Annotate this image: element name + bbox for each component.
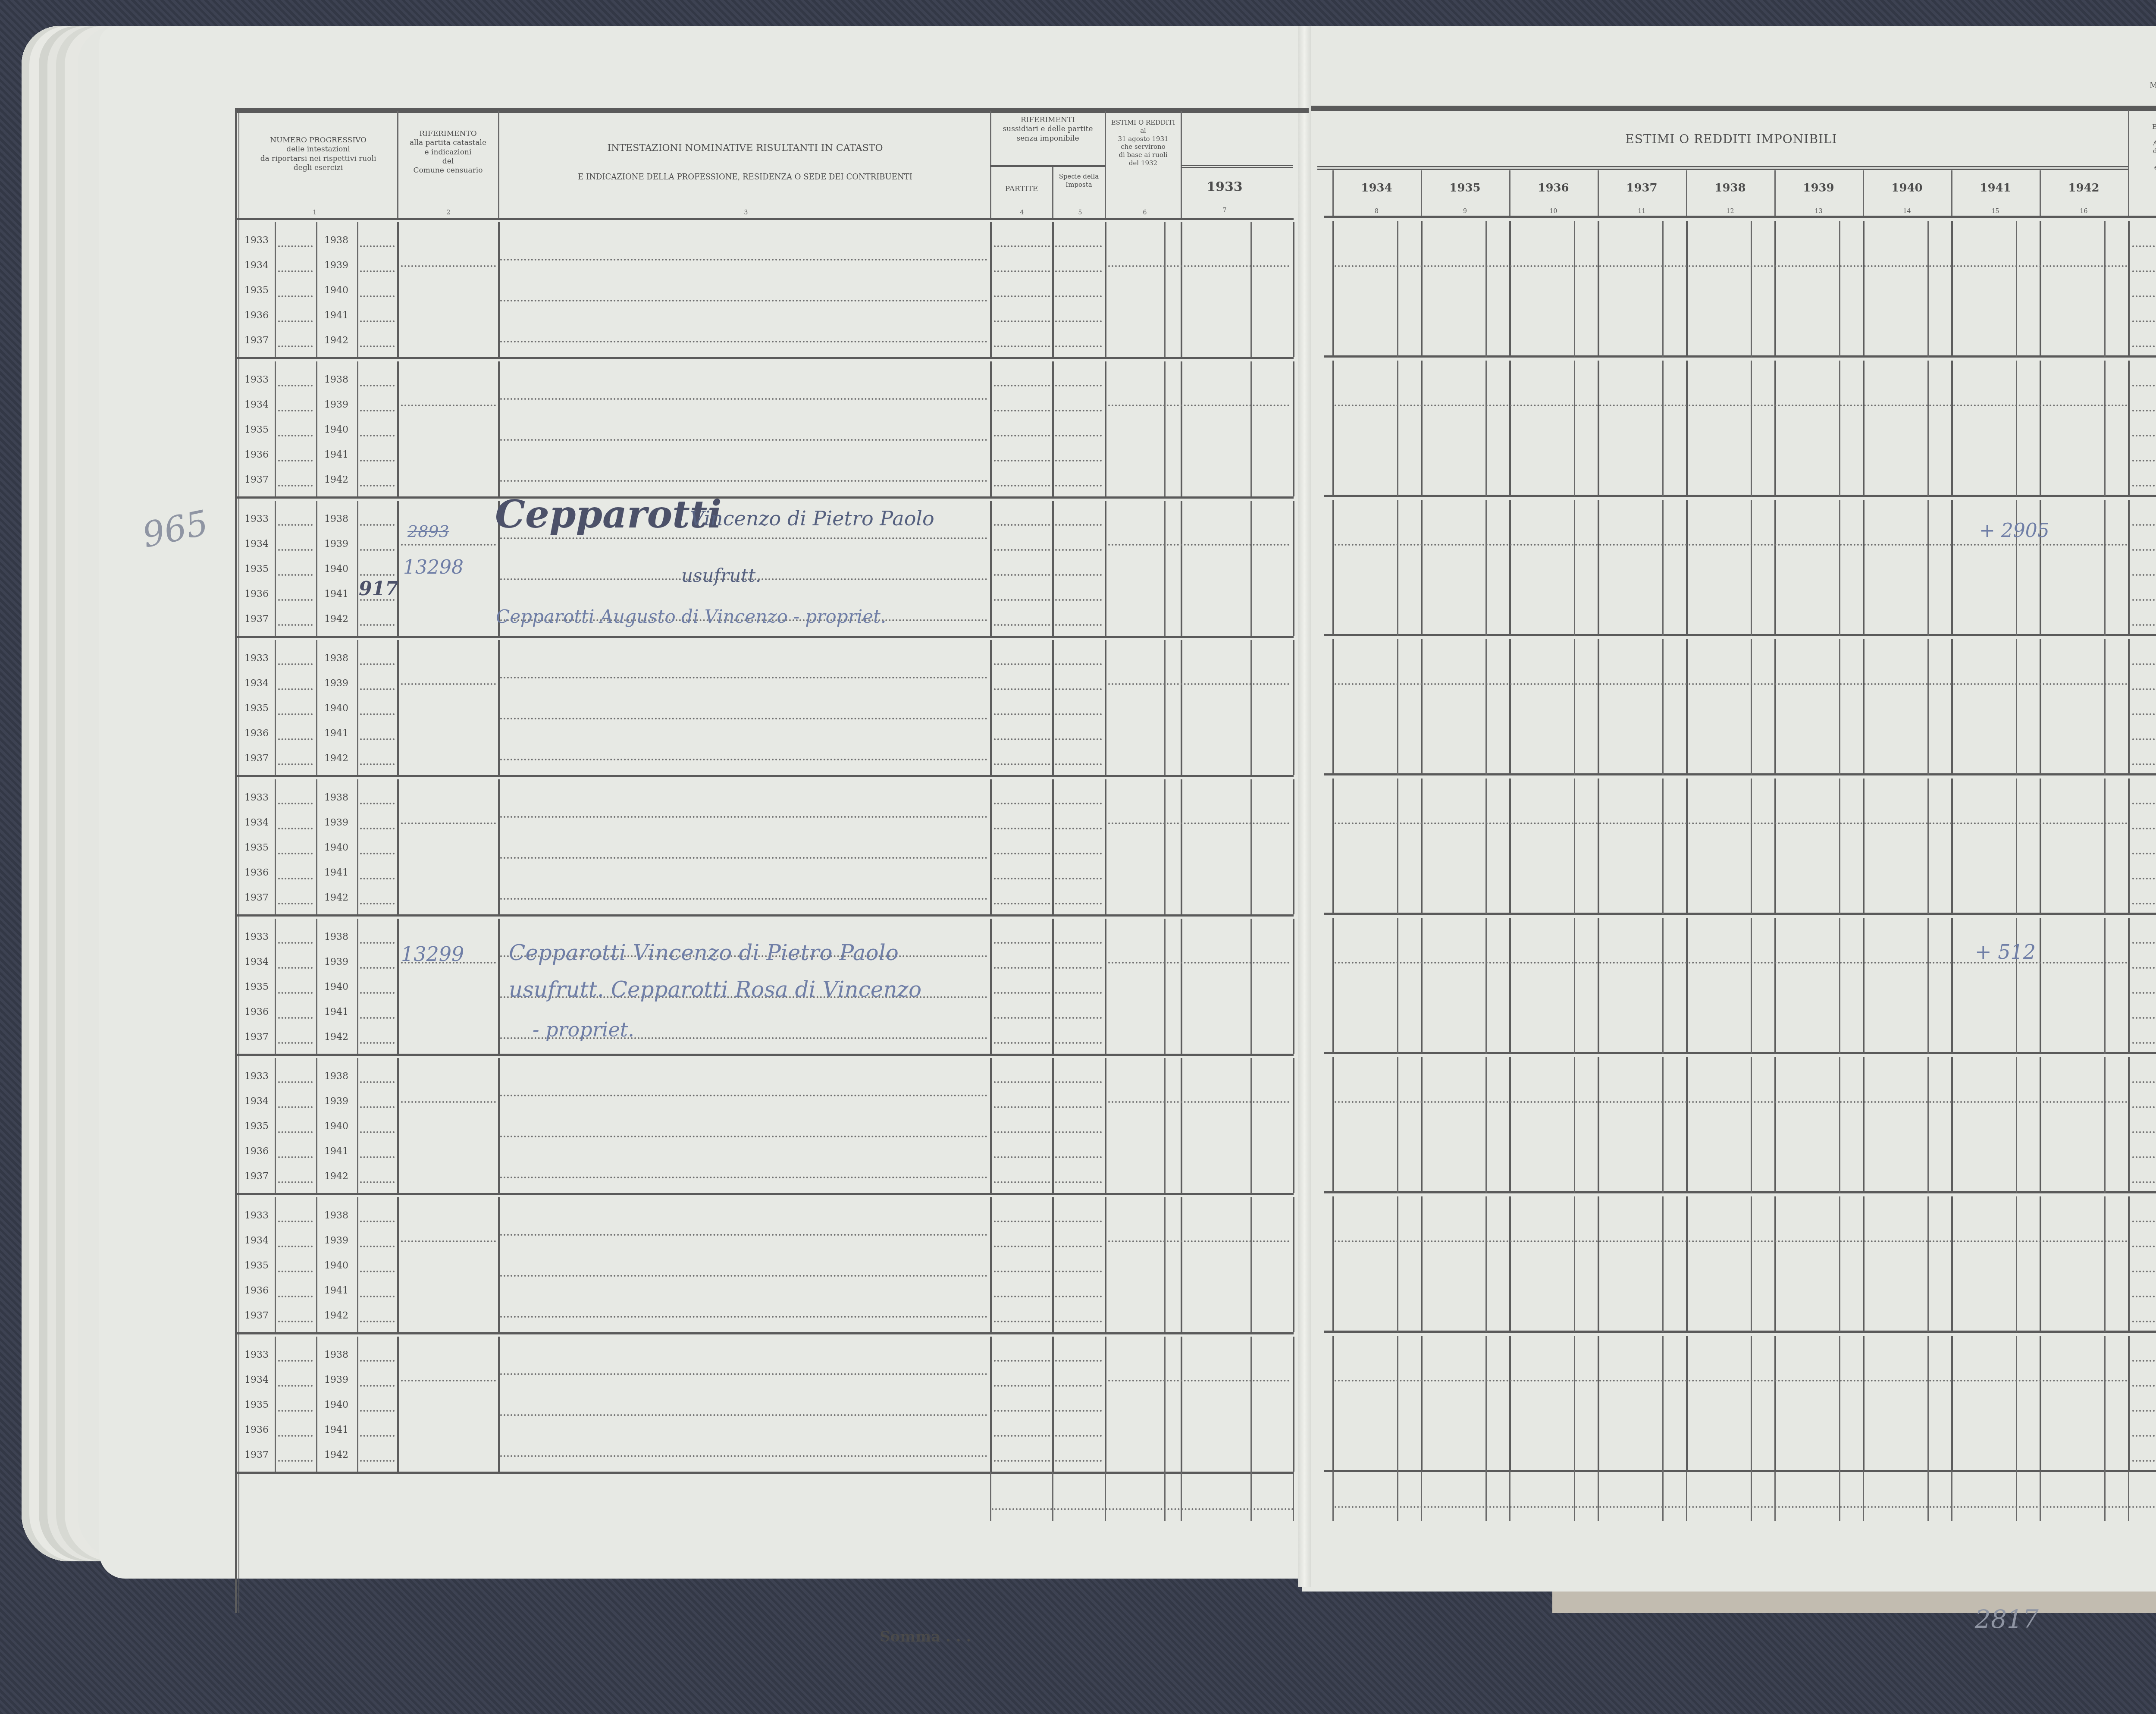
column-rule: [1052, 640, 1054, 775]
column-rule: [1774, 1196, 1776, 1332]
column-subrule: [1662, 361, 1664, 496]
year-label-left: 1936: [239, 728, 274, 739]
column-rule: [2128, 221, 2130, 357]
column-rule: [1598, 779, 1599, 914]
column-rule: [1951, 918, 1953, 1054]
year-label-left: 1934: [239, 1375, 274, 1385]
dotted-line: [360, 1435, 395, 1437]
col2-line: Comune censuario: [399, 166, 497, 175]
dotted-line: [1055, 524, 1102, 526]
column-rule: [397, 779, 399, 914]
dotted-line: [2132, 942, 2156, 944]
dotted-line: [1055, 803, 1102, 804]
column-subrule: [2104, 500, 2106, 636]
dotted-line: [500, 816, 987, 818]
column-rule: [990, 1058, 992, 1193]
column-rule: [1509, 1057, 1511, 1193]
dotted-line: [2132, 1181, 2156, 1183]
column-rule: [1293, 1337, 1294, 1472]
column-rule: [2128, 361, 2130, 496]
column-subrule: [1927, 639, 1929, 775]
column-rule: [1332, 918, 1334, 1054]
col17-dash: —: [2130, 131, 2156, 139]
column-rule: [498, 1197, 500, 1332]
column-rule: [1863, 1196, 1865, 1332]
col1-header: NUMERO PROGRESSIVO delle intestazioni da…: [239, 136, 397, 173]
column-rule: [1332, 1057, 1334, 1193]
year-label-right: 1938: [319, 1350, 354, 1360]
column-rule: [1927, 1472, 1929, 1521]
block-rule: [235, 775, 1294, 777]
dotted-line: [360, 485, 395, 487]
column-rule: [1250, 1197, 1252, 1332]
dotted-line: [994, 688, 1050, 690]
year-label-left: 1934: [239, 260, 274, 271]
column-rule: [275, 640, 276, 775]
column-subrule: [1574, 221, 1575, 357]
dotted-line: [994, 460, 1050, 461]
dotted-line: [360, 385, 395, 386]
dotted-line: [278, 295, 313, 297]
col17-line: e scadenze: [2130, 163, 2156, 172]
dotted-line: [1108, 962, 1289, 964]
year-label-left: 1936: [239, 449, 274, 460]
column-rule: [357, 919, 358, 1054]
column-subrule: [2016, 779, 2017, 914]
dotted-line: [994, 663, 1050, 665]
column-rule: [1181, 501, 1182, 636]
dotted-line: [1108, 544, 1289, 546]
column-rule: [316, 919, 317, 1054]
dotted-line: [500, 1455, 987, 1457]
dotted-line: [1055, 1385, 1102, 1387]
column-rule: [1951, 779, 1953, 914]
dotted-line: [2132, 524, 2156, 526]
column-rule: [1686, 918, 1688, 1054]
dotted-line: [994, 410, 1050, 411]
dotted-line: [2132, 1106, 2156, 1108]
entry-6-partita: 13299: [401, 942, 464, 966]
dotted-line: [2132, 345, 2156, 347]
column-subrule: [2016, 1057, 2017, 1193]
year-label-right: 1941: [319, 1007, 354, 1017]
dotted-line: [1055, 713, 1102, 715]
col-number: 11: [1636, 208, 1647, 215]
column-rule: [275, 779, 276, 914]
column-rule: [1181, 1472, 1182, 1521]
year-header: 1942: [2040, 181, 2128, 195]
year-label-right: 1939: [319, 957, 354, 967]
column-rule: [1686, 1472, 1687, 1521]
column-subrule: [1397, 779, 1398, 914]
dotted-line: [1055, 828, 1102, 829]
year-label-right: 1939: [319, 539, 354, 549]
column-subrule: [1662, 1057, 1664, 1193]
year-label-right: 1941: [319, 1146, 354, 1157]
dotted-line: [1055, 1321, 1102, 1322]
column-rule: [1951, 221, 1953, 357]
year-label-right: 1939: [319, 1375, 354, 1385]
column-rule: [990, 779, 992, 914]
dotted-line: [1055, 878, 1102, 879]
dotted-line: [994, 713, 1050, 715]
year-label-left: 1933: [239, 1350, 274, 1360]
column-subrule: [2016, 221, 2017, 357]
column-rule: [1332, 361, 1334, 496]
dotted-line: [994, 270, 1050, 272]
entry-3-given-name: Vincenzo di Pietro Paolo: [690, 507, 934, 530]
dotted-line: [2132, 663, 2156, 665]
year-label-left: 1933: [239, 1210, 274, 1221]
column-rule: [357, 361, 358, 496]
dotted-line: [278, 828, 313, 829]
dotted-line: [994, 967, 1050, 969]
dotted-line: [2132, 1321, 2156, 1322]
dotted-line: [500, 1373, 987, 1375]
block-rule: [235, 914, 1294, 917]
year-label-right: 1940: [319, 1400, 354, 1410]
dotted-line: [2132, 853, 2156, 854]
col6-line: di base ai ruoli: [1106, 151, 1181, 159]
dotted-line: [500, 718, 987, 719]
year-label-right: 1940: [319, 424, 354, 435]
col2-line: alla partita catastale: [399, 138, 497, 148]
block-rule: [1324, 773, 2156, 775]
year-label-right: 1942: [319, 1310, 354, 1321]
column-rule: [1181, 640, 1182, 775]
column-subrule: [1397, 639, 1398, 775]
col-number: 3: [742, 209, 750, 216]
dotted-line: [992, 1508, 1294, 1510]
dotted-line: [500, 1414, 987, 1416]
column-rule: [1105, 919, 1106, 1054]
column-rule: [1863, 361, 1865, 496]
dotted-line: [360, 1296, 395, 1297]
column-rule: [1052, 919, 1054, 1054]
year-label-right: 1938: [319, 514, 354, 524]
column-rule: [397, 501, 399, 636]
dotted-line: [360, 1321, 395, 1322]
dotted-line: [278, 1460, 313, 1462]
column-rule: [1293, 222, 1294, 357]
column-subrule: [1485, 1196, 1487, 1332]
col-number: 7: [1220, 207, 1229, 214]
column-subrule: [1927, 1196, 1929, 1332]
block-rule: [235, 1472, 1294, 1474]
column-rule: [1509, 639, 1511, 775]
dotted-line: [1055, 410, 1102, 411]
dotted-line: [994, 992, 1050, 994]
dotted-line: [994, 385, 1050, 386]
column-rule: [1293, 1197, 1294, 1332]
column-rule: [1951, 1336, 1953, 1472]
dotted-line: [2132, 1042, 2156, 1044]
year-label-left: 1935: [239, 842, 274, 853]
entry-6-amount-1941: + 512: [1975, 940, 2036, 964]
column-rule: [2128, 500, 2130, 636]
dotted-line: [278, 663, 313, 665]
dotted-line: [278, 1360, 313, 1362]
column-rule: [1250, 919, 1252, 1054]
dotted-line: [360, 1131, 395, 1133]
column-rule: [357, 501, 358, 636]
column-rule: [275, 501, 276, 636]
column-subrule: [1485, 779, 1487, 914]
top-rule: [1311, 106, 2156, 108]
dotted-line: [278, 967, 313, 969]
column-rule: [1181, 919, 1182, 1054]
dotted-line: [360, 1081, 395, 1083]
entry-3-partita-struck: 2893: [407, 522, 449, 541]
dotted-line: [500, 341, 987, 342]
column-rule: [1250, 779, 1252, 914]
year-header: 1941: [1951, 181, 2040, 195]
year-label-right: 1940: [319, 564, 354, 574]
estimi-group-title: ESTIMI O REDDITI IMPONIBILI: [1332, 132, 2130, 147]
dotted-line: [278, 574, 313, 576]
column-subrule: [1839, 221, 1840, 357]
dotted-line: [994, 1460, 1050, 1462]
dotted-line: [994, 1410, 1050, 1412]
year-label-right: 1941: [319, 728, 354, 739]
dotted-line: [1055, 1017, 1102, 1019]
dotted-line: [278, 320, 313, 322]
column-rule: [316, 361, 317, 496]
year-label-left: 1934: [239, 817, 274, 828]
year-label-right: 1941: [319, 1425, 354, 1435]
column-subrule: [1751, 639, 1752, 775]
dotted-line: [500, 1234, 987, 1236]
column-rule: [316, 501, 317, 636]
column-rule: [1052, 1472, 1053, 1521]
col17-header: ESENZIONI — Ammontare degli estimi o red…: [2130, 123, 2156, 172]
dotted-line: [994, 549, 1050, 551]
col45-line: sussidiari e delle partite: [991, 125, 1105, 134]
column-subrule: [2016, 918, 2017, 1054]
column-subrule: [1839, 361, 1840, 496]
year-label-left: 1937: [239, 1310, 274, 1321]
column-subrule: [1397, 1196, 1398, 1332]
column-subrule: [1574, 1336, 1575, 1472]
column-rule: [1105, 501, 1106, 636]
col6-title: ESTIMI O REDDITI: [1106, 119, 1181, 127]
year-header: 1934: [1332, 181, 1421, 195]
column-rule: [1598, 361, 1599, 496]
dotted-line: [360, 270, 395, 272]
col5-title: Specie della Imposta: [1053, 173, 1105, 189]
dotted-line: [1335, 1506, 2156, 1508]
column-rule: [316, 779, 317, 914]
dotted-line: [1335, 683, 2128, 685]
column-subrule: [1574, 1196, 1575, 1332]
dotted-line: [1108, 405, 1289, 406]
dotted-line: [1055, 599, 1102, 601]
dotted-line: [278, 245, 313, 247]
column-rule: [1293, 501, 1294, 636]
column-subrule: [1485, 221, 1487, 357]
dotted-line: [2132, 1410, 2156, 1412]
column-subrule: [1839, 1057, 1840, 1193]
column-rule: [2040, 221, 2041, 357]
column-subrule: [1662, 779, 1664, 914]
dotted-line: [994, 1246, 1050, 1247]
dotted-line: [994, 524, 1050, 526]
dotted-line: [994, 853, 1050, 854]
left-frame-rule: [235, 108, 237, 1613]
column-rule: [2128, 1472, 2129, 1521]
dotted-line: [994, 245, 1050, 247]
column-rule: [397, 1337, 399, 1472]
entry-6-line2: usufrutt. Cepparotti Rosa di Vincenzo: [509, 977, 921, 1002]
dotted-line: [1108, 1101, 1289, 1103]
col45-title: RIFERIMENTI: [991, 116, 1105, 125]
column-rule: [1509, 361, 1511, 496]
dotted-line: [360, 992, 395, 994]
dotted-line: [360, 1042, 395, 1044]
dotted-line: [994, 942, 1050, 944]
column-rule: [1164, 222, 1166, 357]
dotted-line: [500, 398, 987, 400]
column-rule: [357, 640, 358, 775]
dotted-line: [360, 295, 395, 297]
dotted-line: [500, 857, 987, 859]
dotted-line: [994, 295, 1050, 297]
column-rule: [1863, 500, 1865, 636]
column-rule: [498, 640, 500, 775]
col4-title: PARTITE: [991, 185, 1052, 194]
column-rule: [498, 1058, 500, 1193]
dotted-line: [2132, 435, 2156, 436]
column-rule: [1052, 1197, 1054, 1332]
dotted-line: [1055, 385, 1102, 386]
column-rule: [1686, 1336, 1688, 1472]
col-number: 13: [1813, 208, 1824, 215]
column-rule: [1863, 1057, 1865, 1193]
column-rule: [2128, 1196, 2130, 1332]
dotted-line: [1055, 688, 1102, 690]
column-subrule: [1397, 500, 1398, 636]
somma-label: Somma . . .: [880, 1628, 971, 1645]
column-rule: [1774, 221, 1776, 357]
column-rule: [1293, 779, 1294, 914]
column-rule: [1421, 639, 1423, 775]
dotted-line: [360, 320, 395, 322]
column-rule: [1509, 1472, 1510, 1521]
dotted-line: [360, 549, 395, 551]
year-label-left: 1934: [239, 957, 274, 967]
dotted-line: [278, 1081, 313, 1083]
column-rule: [498, 222, 500, 357]
column-subrule: [1751, 1196, 1752, 1332]
column-rule: [397, 640, 399, 775]
col-number: 2: [444, 209, 453, 216]
col3-subtitle: E INDICAZIONE DELLA PROFESSIONE, RESIDEN…: [500, 173, 990, 182]
dotted-line: [2132, 295, 2156, 297]
dotted-line: [278, 410, 313, 411]
dotted-line: [360, 1106, 395, 1108]
column-subrule: [2104, 779, 2106, 914]
col-number: 12: [1725, 208, 1736, 215]
dotted-line: [994, 624, 1050, 626]
year-label-right: 1942: [319, 753, 354, 764]
column-subrule: [1927, 500, 1929, 636]
dotted-line: [401, 405, 496, 406]
column-rule: [1250, 640, 1252, 775]
column-subrule: [1397, 361, 1398, 496]
col6-line: al: [1106, 127, 1181, 135]
dotted-line: [360, 713, 395, 715]
column-subrule: [1927, 1057, 1929, 1193]
column-subrule: [2016, 361, 2017, 496]
column-rule: [1105, 640, 1106, 775]
dotted-line: [278, 1410, 313, 1412]
col1-line: da riportarsi nei rispettivi ruoli: [239, 154, 397, 163]
dotted-line: [2132, 245, 2156, 247]
year-label-left: 1936: [239, 1285, 274, 1296]
dotted-line: [360, 1271, 395, 1272]
dotted-line: [1055, 1156, 1102, 1158]
column-rule: [1686, 221, 1688, 357]
column-subrule: [1574, 500, 1575, 636]
dotted-line: [360, 803, 395, 804]
entry-3-line2: usufrutt.: [681, 565, 761, 586]
dotted-line: [2132, 903, 2156, 904]
column-subrule: [1485, 361, 1487, 496]
column-rule: [1164, 501, 1166, 636]
dotted-line: [401, 822, 496, 824]
year-label-right: 1941: [319, 449, 354, 460]
block-rule: [1324, 913, 2156, 915]
column-rule: [316, 1197, 317, 1332]
dotted-line: [360, 624, 395, 626]
hdr-sub-rule: [990, 165, 1105, 167]
dotted-line: [2132, 599, 2156, 601]
dotted-line: [994, 1081, 1050, 1083]
dotted-line: [278, 1106, 313, 1108]
column-rule: [2016, 1472, 2017, 1521]
year-label-left: 1937: [239, 753, 274, 764]
column-rule: [1774, 1057, 1776, 1193]
dotted-line: [994, 1131, 1050, 1133]
year-label-right: 1940: [319, 842, 354, 853]
column-subrule: [2016, 639, 2017, 775]
dotted-line: [278, 1042, 313, 1044]
dotted-line: [360, 1385, 395, 1387]
dotted-line: [360, 688, 395, 690]
dotted-line: [994, 345, 1050, 347]
column-rule: [498, 919, 500, 1054]
column-rule: [1332, 1336, 1334, 1472]
year-label-left: 1936: [239, 867, 274, 878]
year-label-right: 1939: [319, 260, 354, 271]
column-rule: [2128, 639, 2130, 775]
block-rule: [235, 1054, 1294, 1056]
dotted-line: [360, 663, 395, 665]
dotted-line: [1055, 435, 1102, 436]
year-label-right: 1939: [319, 399, 354, 410]
dotted-line: [278, 435, 313, 436]
column-rule: [1951, 1472, 1952, 1521]
dotted-line: [994, 599, 1050, 601]
col2-header: RIFERIMENTO alla partita catastale e ind…: [399, 129, 497, 175]
dotted-line: [2132, 1271, 2156, 1272]
column-rule: [1250, 361, 1252, 496]
column-subrule: [1574, 361, 1575, 496]
dotted-line: [278, 1017, 313, 1019]
dotted-line: [2132, 828, 2156, 829]
dotted-line: [360, 1221, 395, 1222]
dotted-line: [500, 1316, 987, 1318]
